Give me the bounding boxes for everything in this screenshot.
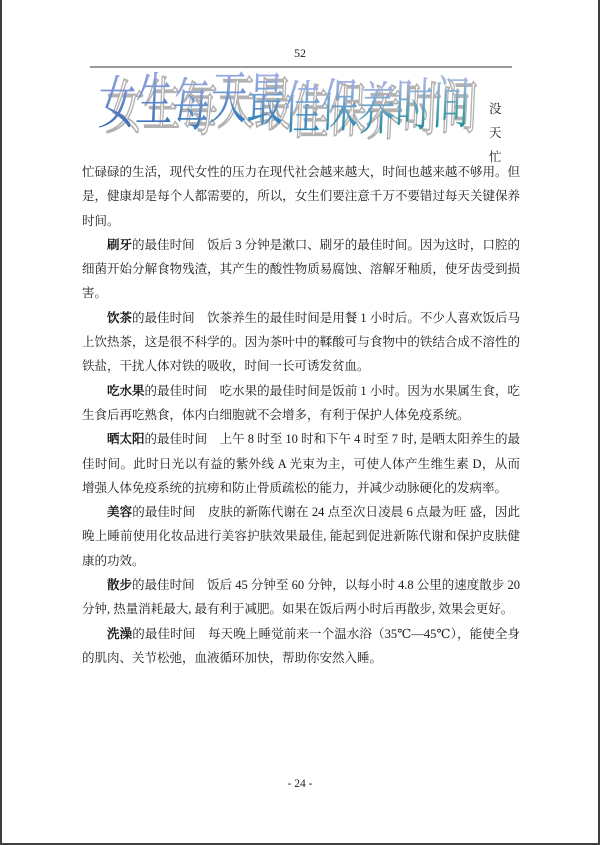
paragraph-lead: 洗澡 (107, 627, 132, 641)
title-char: 最 (246, 72, 286, 130)
paragraph: 洗澡的最佳时间 每天晚上睡觉前来一个温水浴（35℃—45℃），能使全身的肌肉、关… (82, 622, 520, 671)
paragraph-lead: 晒太阳 (107, 432, 145, 446)
title-char: 养 (357, 81, 397, 139)
paragraph: 美容的最佳时间 皮肤的新陈代谢在 24 点至次日凌晨 6 点最为旺 盛，因此晚上… (82, 500, 520, 573)
title-char: 时 (394, 77, 434, 135)
paragraph-text: 的最佳时间 上午 8 时至 10 时和下午 4 时至 7 时, 是晒太阳养生的最… (82, 432, 520, 495)
paragraph-lead: 饮茶 (107, 311, 132, 325)
paragraph: 刷牙的最佳时间 饭后 3 分钟是漱口、刷牙的最佳时间。因为这时，口腔的细菌开始分… (82, 233, 520, 306)
title-char: 生 (134, 72, 174, 130)
title-char: 佳 (283, 80, 323, 138)
title-char: 天 (209, 70, 249, 128)
paragraph: 饮茶的最佳时间 饮茶养生的最佳时间是用餐 1 小时后。不少人喜欢饭后马上饮热茶，… (82, 306, 520, 379)
title-char: 保 (320, 78, 360, 136)
paragraph-lead: 吃水果 (107, 384, 145, 398)
document-page: 52 女生每天最佳保养时间 女生每天最佳保养时间 没天忙 忙碌碌的生活，现代女性… (0, 0, 600, 845)
header-page-number: 52 (2, 46, 598, 61)
paragraph: 晒太阳的最佳时间 上午 8 时至 10 时和下午 4 时至 7 时, 是晒太阳养… (82, 427, 520, 500)
paragraph-lead: 散步 (107, 578, 132, 592)
paragraph: 忙碌碌的生活，现代女性的压力在现代社会越来越大，时间也越来越不够用。但是，健康却… (82, 160, 520, 233)
paragraph-text: 的最佳时间 吃水果的最佳时间是饭前 1 小时。因为水果属生食，吃生食后再吃熟食，… (82, 384, 520, 422)
title-char: 女 (97, 75, 137, 133)
paragraph-text: 的最佳时间 饭后 45 分钟至 60 分钟，以每小时 4.8 公里的速度散步 2… (82, 578, 520, 616)
paragraph: 散步的最佳时间 饭后 45 分钟至 60 分钟，以每小时 4.8 公里的速度散步… (82, 573, 520, 622)
page-title: 女生每天最佳保养时间 (97, 70, 471, 128)
footer-page-number: - 24 - (2, 778, 598, 790)
paragraph-lead: 美容 (107, 505, 132, 519)
paragraph: 吃水果的最佳时间 吃水果的最佳时间是饭前 1 小时。因为水果属生食，吃生食后再吃… (82, 379, 520, 428)
paragraph-text: 的最佳时间 饭后 3 分钟是漱口、刷牙的最佳时间。因为这时，口腔的细菌开始分解食… (82, 238, 520, 301)
paragraph-lead: 刷牙 (107, 238, 132, 252)
paragraph-text: 的最佳时间 饮茶养生的最佳时间是用餐 1 小时后。不少人喜欢饭后马上饮热茶，这是… (82, 311, 520, 374)
paragraph-text: 忙碌碌的生活，现代女性的压力在现代社会越来越大，时间也越来越不够用。但是，健康却… (82, 165, 520, 228)
title-char: 每 (171, 77, 211, 135)
paragraph-text: 的最佳时间 皮肤的新陈代谢在 24 点至次日凌晨 6 点最为旺 盛，因此晚上睡前… (82, 505, 520, 568)
paragraph-text: 的最佳时间 每天晚上睡觉前来一个温水浴（35℃—45℃），能使全身的肌肉、关节松… (82, 627, 520, 665)
wrapped-char: 天 (489, 121, 502, 145)
body-text: 忙碌碌的生活，现代女性的压力在现代社会越来越大，时间也越来越不够用。但是，健康却… (82, 160, 520, 670)
wrapped-text-column: 没天忙 (489, 97, 502, 169)
wrapped-char: 没 (489, 97, 502, 121)
title-char: 间 (431, 75, 471, 133)
